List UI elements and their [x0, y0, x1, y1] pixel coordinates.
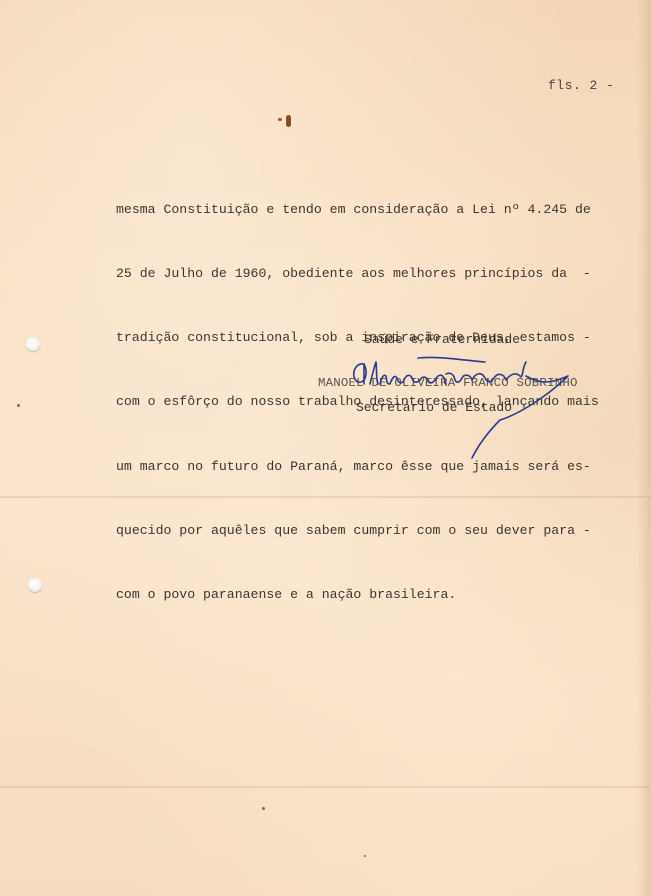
punch-hole [28, 578, 42, 592]
paper-speck [17, 404, 20, 407]
paper-speck [364, 855, 366, 857]
paper-edge-shadow [637, 0, 651, 896]
signatory-title: Secretário de Estado [356, 400, 512, 415]
document-page: fls. 2 - mesma Constituição e tendo em c… [0, 0, 651, 896]
punch-hole [26, 337, 40, 351]
body-line: quecido por aquêles que sabem cumprir co… [116, 520, 596, 541]
paper-speck [262, 807, 265, 810]
page-number: fls. 2 - [548, 78, 614, 93]
signatory-name: MANOEL DE OLIVEIRA FRANCO SOBRINHO [318, 376, 578, 390]
body-line: mesma Constituição e tendo em consideraç… [116, 199, 596, 220]
closing-salutation: Saúde e Fraternidade [364, 332, 520, 347]
body-line: um marco no futuro do Paraná, marco êsse… [116, 456, 596, 477]
ink-stain-icon [276, 113, 298, 133]
paper-fold [0, 786, 651, 788]
body-line: tradição constitucional, sob a inspiraçã… [116, 327, 596, 348]
body-line: com o povo paranaense e a nação brasilei… [116, 584, 596, 605]
body-line: 25 de Julho de 1960, obediente aos melho… [116, 263, 596, 284]
